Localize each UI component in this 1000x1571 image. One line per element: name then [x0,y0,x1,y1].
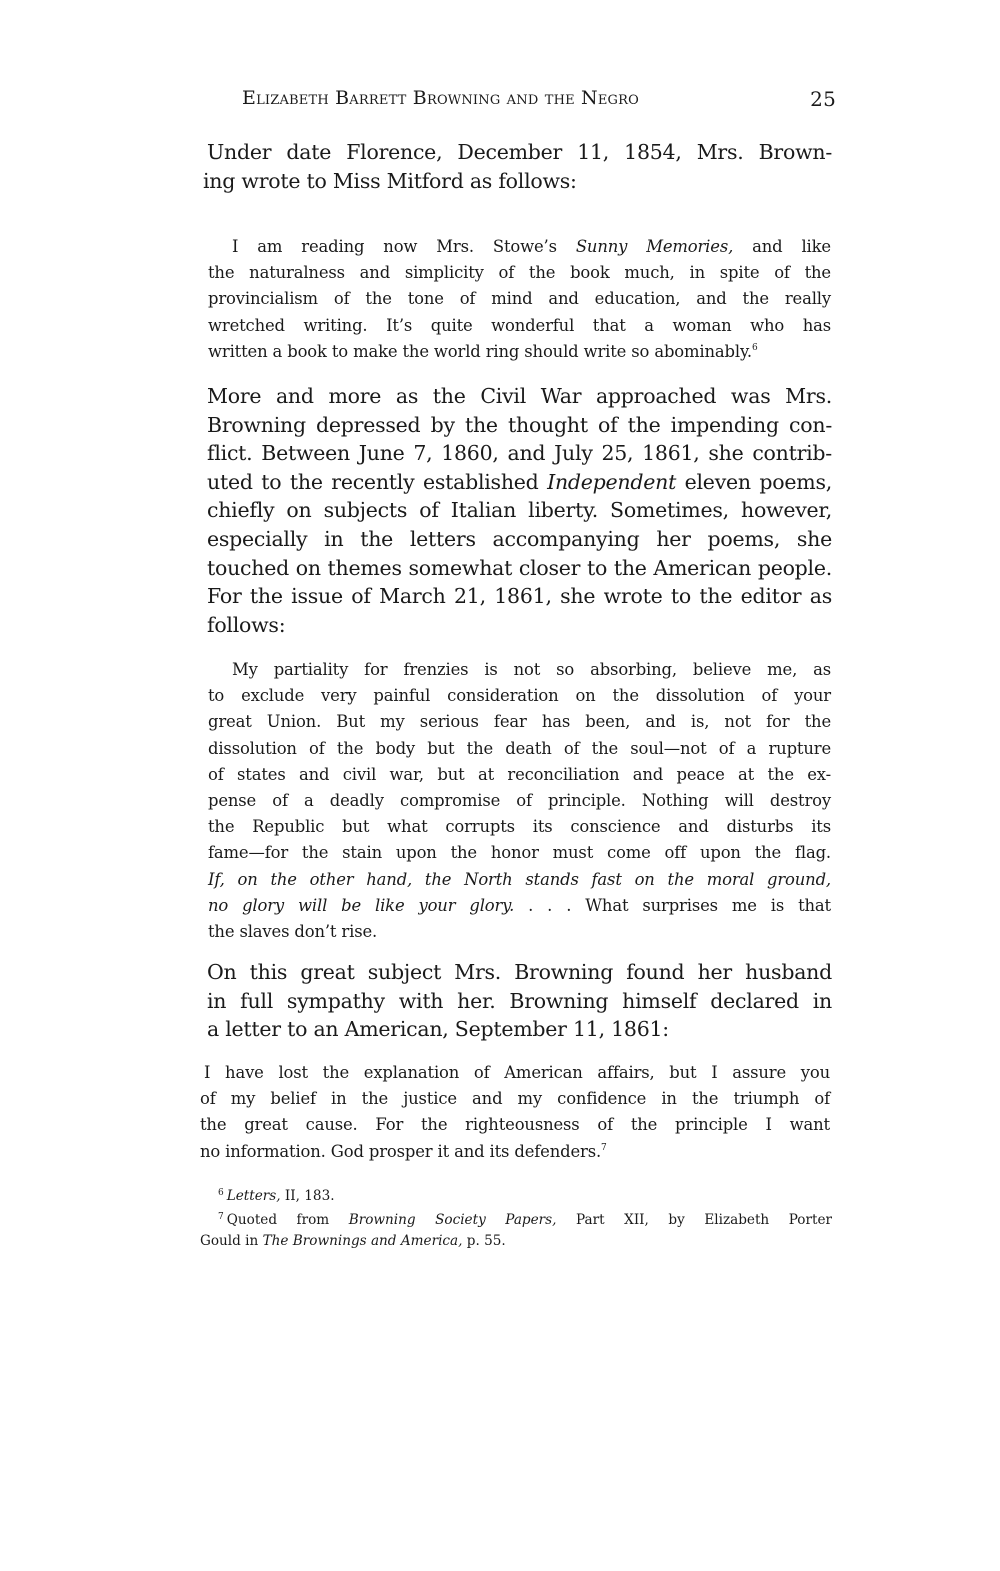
text-line: Under date Florence, December 11, 1854, … [207,138,832,167]
italic-title: Independent [547,470,676,494]
footnote-6: 6Letters, II, 183. [200,1183,832,1207]
page-number: 25 [810,87,836,111]
text-line: great Union. But my serious fear has bee… [208,709,831,735]
footnote-ref-7[interactable]: 7 [601,1143,607,1153]
text-line: the slaves don’t rise. [208,919,831,945]
block-quote-browning: I have lost the explanation of American … [200,1060,830,1165]
paragraph-1: Under date Florence, December 11, 1854, … [207,138,832,195]
text-line: For the issue of March 21, 1861, she wro… [207,582,832,611]
text-line: a letter to an American, September 11, 1… [207,1015,832,1044]
text-line: no information. God prosper it and its d… [200,1139,830,1165]
footnote-mark: 7 [218,1212,224,1222]
text-line: I have lost the explanation of American … [200,1060,830,1086]
footnote-mark: 6 [218,1188,224,1198]
text-line: uted to the recently established Indepen… [207,468,832,497]
text-line: If, on the other hand, the North stands … [208,867,831,893]
text-line: the Republic but what corrupts its consc… [208,814,831,840]
text-line: especially in the letters accompanying h… [207,525,832,554]
text-line: in full sympathy with her. Browning hims… [207,987,832,1016]
book-page: Elizabeth Barrett Browning and the Negro… [0,0,1000,1571]
text-line: follows: [207,611,832,640]
text-line: touched on themes somewhat closer to the… [207,554,832,583]
footnote-7: 7Quoted from Browning Society Papers, Pa… [200,1207,832,1231]
text-line: chiefly on subjects of Italian liberty. … [207,496,832,525]
text-line: Browning depressed by the thought of the… [207,411,832,440]
footnote-ref-6[interactable]: 6 [752,343,758,353]
text-line: to exclude very painful consideration on… [208,683,831,709]
text-line: fame—for the stain upon the honor must c… [208,840,831,866]
text-line: My partiality for frenzies is not so abs… [208,657,831,683]
text-line: I am reading now Mrs. Stowe’s Sunny Memo… [208,234,831,260]
text-line: provincialism of the tone of mind and ed… [208,286,831,312]
text-line: wretched writing. It’s quite wonderful t… [208,313,831,339]
italic-emphasis: no glory will be like your glory. [208,896,514,915]
text-line: More and more as the Civil War approache… [207,382,832,411]
text-line: of my belief in the justice and my confi… [200,1086,830,1112]
running-head-title: Elizabeth Barrett Browning and the Negro [242,87,639,109]
block-quote-stowe: I am reading now Mrs. Stowe’s Sunny Memo… [208,234,831,365]
text-line: On this great subject Mrs. Browning foun… [207,958,832,987]
text-line: the naturalness and simplicity of the bo… [208,260,831,286]
text-line: the great cause. For the righteousness o… [200,1112,830,1138]
text-line: no glory will be like your glory. . . . … [208,893,831,919]
footnote-7-continued: Gould in The Brownings and America, p. 5… [200,1231,832,1252]
text-line: dissolution of the body but the death of… [208,736,831,762]
text-line: written a book to make the world ring sh… [208,339,831,365]
text-line: of states and civil war, but at reconcil… [208,762,831,788]
text-line: pense of a deadly compromise of principl… [208,788,831,814]
italic-emphasis: If, on the other hand, the North stands … [208,870,831,889]
running-head: Elizabeth Barrett Browning and the Negro… [200,87,840,117]
text-line: flict. Between June 7, 1860, and July 25… [207,439,832,468]
block-quote-independent: My partiality for frenzies is not so abs… [208,657,831,945]
text-line: ing wrote to Miss Mitford as follows: [203,167,832,196]
footnotes: 6Letters, II, 183. 7Quoted from Browning… [200,1183,832,1252]
paragraph-3: On this great subject Mrs. Browning foun… [207,958,832,1044]
italic-title: Sunny Memories, [576,237,733,256]
paragraph-2: More and more as the Civil War approache… [207,382,832,639]
